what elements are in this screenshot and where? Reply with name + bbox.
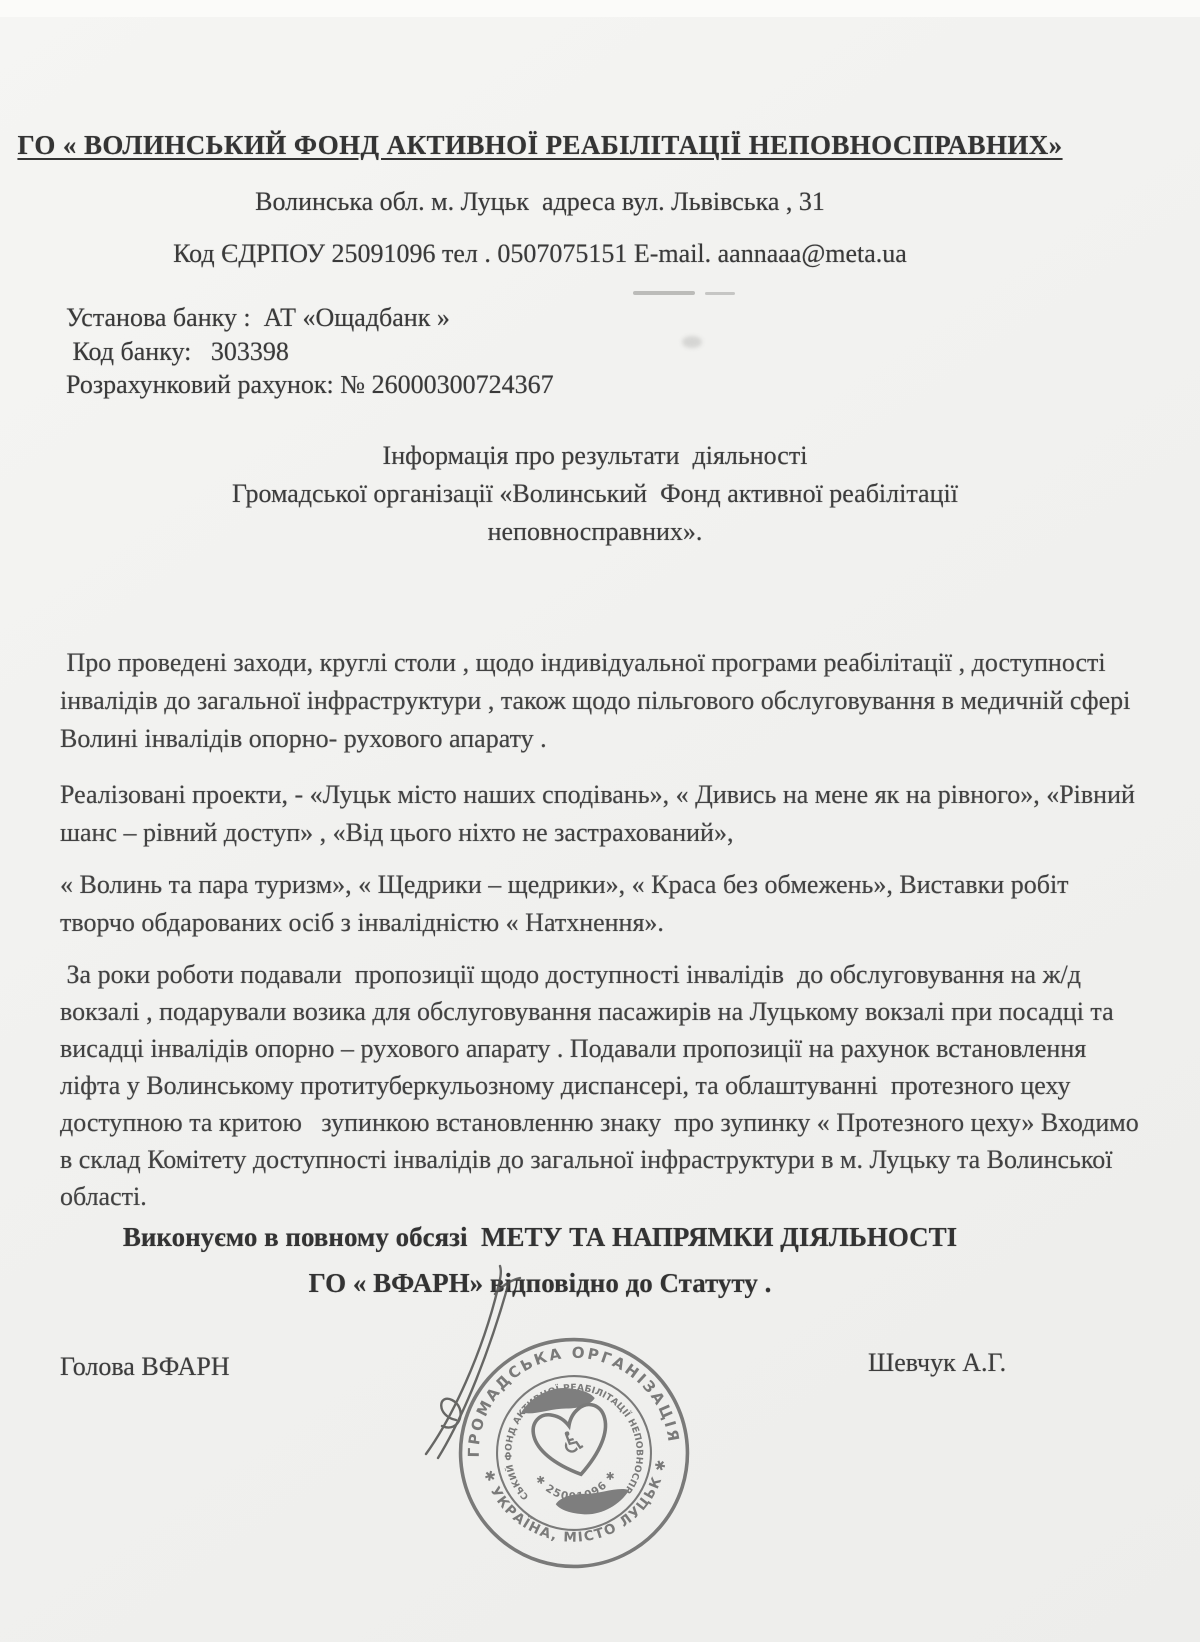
org-address: Волинська обл. м. Луцьк адреса вул. Льві… bbox=[0, 187, 1080, 217]
scan-smudge bbox=[633, 291, 695, 295]
paragraph-proposals: За роки роботи подавали пропозиції щодо … bbox=[60, 956, 1146, 1215]
scan-edge-line-top bbox=[10, 18, 1192, 21]
doc-title-line1: Інформація про результати діяльності bbox=[0, 441, 1190, 471]
signer-position-label: Голова ВФАРН bbox=[60, 1352, 230, 1382]
signer-name: Шевчук А.Г. bbox=[868, 1348, 1006, 1378]
scan-smudge bbox=[705, 292, 735, 295]
org-contact: Код ЄДРПОУ 25091096 тел . 0507075151 E-m… bbox=[0, 239, 1080, 269]
scanned-document-page: ГО « ВОЛИНСЬКИЙ ФОНД АКТИВНОЇ РЕАБІЛІТАЦ… bbox=[0, 0, 1200, 1642]
bank-details-block: Установа банку : АТ «Ощадбанк » Код банк… bbox=[66, 301, 554, 402]
bank-code: Код банку: 303398 bbox=[66, 335, 554, 369]
conclusion-line2: ГО « ВФАРН» відповідно до Статуту . bbox=[0, 1268, 1080, 1299]
scan-smudge bbox=[682, 336, 702, 348]
org-seal-stamp: ГРОМАДСЬКА ОРГАНІЗАЦІЯ ✱ УКРАЇНА, МІСТО … bbox=[447, 1326, 701, 1580]
bank-account: Розрахунковий рахунок: № 26000300724367 bbox=[66, 368, 554, 402]
bank-institution: Установа банку : АТ «Ощадбанк » bbox=[66, 301, 554, 335]
paragraph-projects-continued: « Волинь та пара туризм», « Щедрики – ще… bbox=[60, 866, 1146, 942]
paragraph-projects: Реалізовані проекти, - «Луцьк місто наши… bbox=[60, 776, 1146, 852]
scan-top-strip bbox=[0, 0, 1200, 17]
doc-title-line2: Громадської організації «Волинський Фонд… bbox=[0, 479, 1190, 509]
wheelchair-icon: ♿ bbox=[556, 1423, 591, 1463]
org-title: ГО « ВОЛИНСЬКИЙ ФОНД АКТИВНОЇ РЕАБІЛІТАЦ… bbox=[0, 130, 1080, 161]
seal-graphics: ГРОМАДСЬКА ОРГАНІЗАЦІЯ ✱ УКРАЇНА, МІСТО … bbox=[447, 1326, 695, 1575]
doc-title-line3: неповносправних». bbox=[0, 517, 1190, 547]
paragraph-activities: Про проведені заходи, круглі столи , щод… bbox=[60, 644, 1146, 758]
conclusion-line1: Виконуємо в повному обсязі МЕТУ ТА НАПРЯ… bbox=[0, 1222, 1080, 1253]
header-rule bbox=[42, 283, 1105, 288]
